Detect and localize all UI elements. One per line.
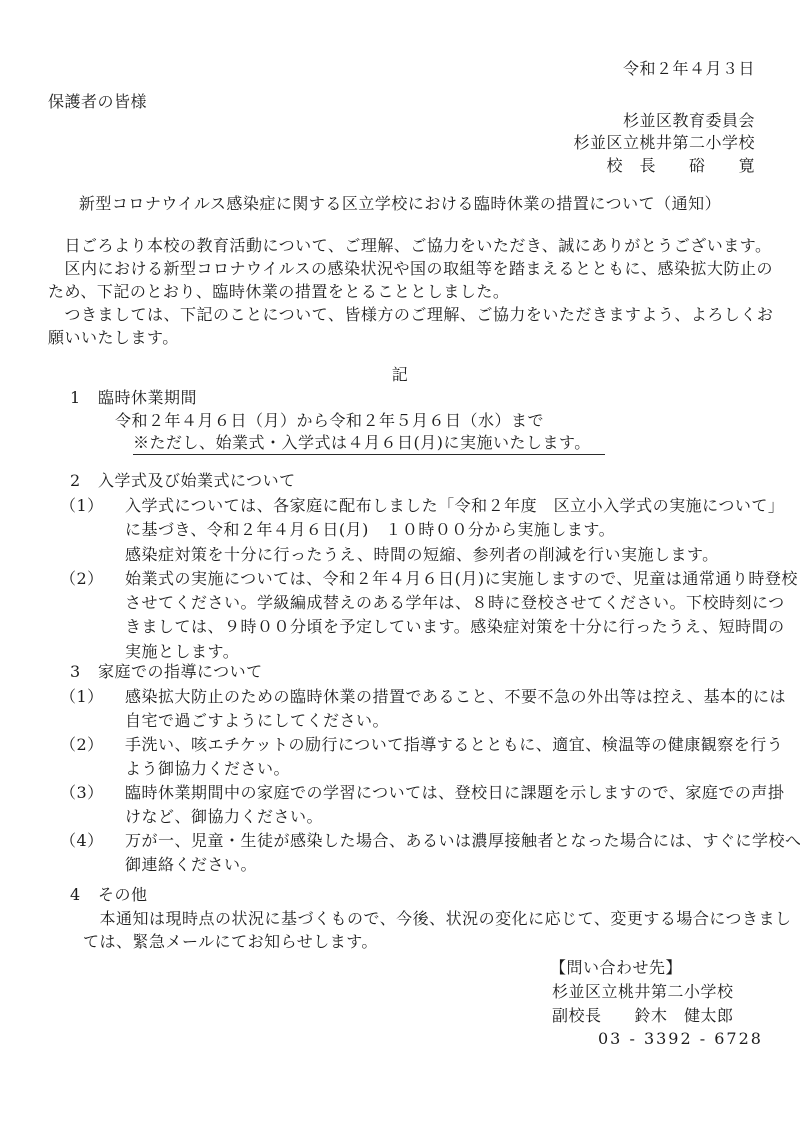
- document-title: 新型コロナウイルス感染症に関する区立学校における臨時休業の措置について（通知）: [0, 195, 800, 213]
- section2-item2-line: させてください。学級編成替えのある学年は、８時に登校させてください。下校時刻につ: [125, 594, 785, 612]
- section2-number: 2: [70, 472, 81, 490]
- section3-item4-label: （4）: [60, 832, 104, 850]
- section3-item1-line: 自宅で過ごすようにしてください。: [125, 712, 389, 730]
- addressee: 保護者の皆様: [48, 93, 147, 111]
- section1-number: 1: [70, 389, 81, 407]
- section1-title: 臨時休業期間: [98, 389, 197, 407]
- section4-line: ては、緊急メールにてお知らせします。: [83, 933, 378, 951]
- intro-line: 区内における新型コロナウイルスの感染状況や国の取組等を踏まえるとともに、感染拡大…: [48, 260, 773, 278]
- intro-line: ため、下記のとおり、臨時休業の措置をとることとしました。: [48, 283, 509, 301]
- document-date: 令和２年４月３日: [623, 60, 755, 78]
- section3-item1-line: 感染拡大防止のための臨時休業の措置であること、不要不急の外出等は控え、基本的には: [125, 688, 786, 706]
- intro-line: 日ごろより本校の教育活動について、ご理解、ご協力をいただき、誠にありがとうござい…: [48, 237, 771, 255]
- section2-item1-label: （1）: [60, 497, 104, 515]
- section2-item1-line: に基づき、令和２年４月６日(月) １０時００分から実施します。: [125, 521, 615, 539]
- intro-line: つきましては、下記のことについて、皆様方のご理解、ご協力をいただきますよう、よろ…: [48, 306, 773, 324]
- section3-item2-line: よう御協力ください。: [125, 760, 290, 778]
- section3-item3-line: けなど、御協力ください。: [125, 808, 323, 826]
- section2-item2-line: きましては、９時００分頃を予定しています。感染症対策を十分に行ったうえ、短時間の: [125, 618, 785, 636]
- section1-period: 令和２年４月６日（月）から令和２年５月６日（水）まで: [115, 412, 544, 430]
- section3-title: 家庭での指導について: [98, 663, 263, 681]
- section4-number: 4: [70, 886, 81, 904]
- section3-item3-line: 臨時休業期間中の家庭での学習については、登校日に課題を示しますので、家庭での声掛: [125, 784, 784, 802]
- sender-school: 杉並区立桃井第二小学校: [573, 134, 755, 152]
- section2-title: 入学式及び始業式について: [98, 472, 296, 490]
- record-mark: 記: [0, 366, 800, 384]
- section2-item2-line: 実施とします。: [125, 643, 239, 661]
- sender-principal: 校 長 硲 寛: [606, 157, 755, 175]
- section3-item4-line: 御連絡ください。: [125, 856, 257, 874]
- sender-organization: 杉並区教育委員会: [623, 112, 755, 130]
- section3-item2-label: （2）: [60, 736, 104, 754]
- section2-item2-line: 始業式の実施については、令和２年４月６日(月)に実施しますので、児童は通常通り時…: [125, 570, 798, 588]
- section3-number: 3: [70, 663, 81, 681]
- section1-note: ※ただし、始業式・入学式は４月６日(月)に実施いたします。: [133, 434, 605, 452]
- section4-line: 本通知は現時点の状況に基づくもので、今後、状況の変化に応じて、変更する場合につき…: [83, 910, 792, 928]
- section2-item1-line: 入学式については、各家庭に配布しました「令和２年度 区立小入学式の実施について」: [125, 497, 784, 515]
- section3-item2-line: 手洗い、咳エチケットの励行について指導するとともに、適宜、検温等の健康観察を行う: [125, 736, 783, 754]
- section3-item3-label: （3）: [60, 784, 104, 802]
- contact-school: 杉並区立桃井第二小学校: [552, 983, 734, 1001]
- intro-line: 願いいたします。: [48, 329, 179, 347]
- contact-person: 副校長 鈴木 健太郎: [552, 1007, 734, 1025]
- section1-note-text: ※ただし、始業式・入学式は４月６日(月)に実施いたします。: [133, 433, 605, 455]
- section2-item2-label: （2）: [60, 570, 104, 588]
- section3-item4-line: 万が一、児童・生徒が感染した場合、あるいは濃厚接触者となった場合には、すぐに学校…: [125, 832, 800, 850]
- contact-phone: 03 - 3392 - 6728: [598, 1030, 763, 1048]
- section2-item1-line: 感染症対策を十分に行ったうえ、時間の短縮、参列者の削減を行い実施します。: [125, 546, 719, 564]
- document-page: { "page": { "date": "令和２年４月３日", "address…: [0, 0, 800, 1131]
- section4-title: その他: [98, 886, 148, 904]
- contact-heading: 【問い合わせ先】: [550, 959, 682, 977]
- section3-item1-label: （1）: [60, 688, 104, 706]
